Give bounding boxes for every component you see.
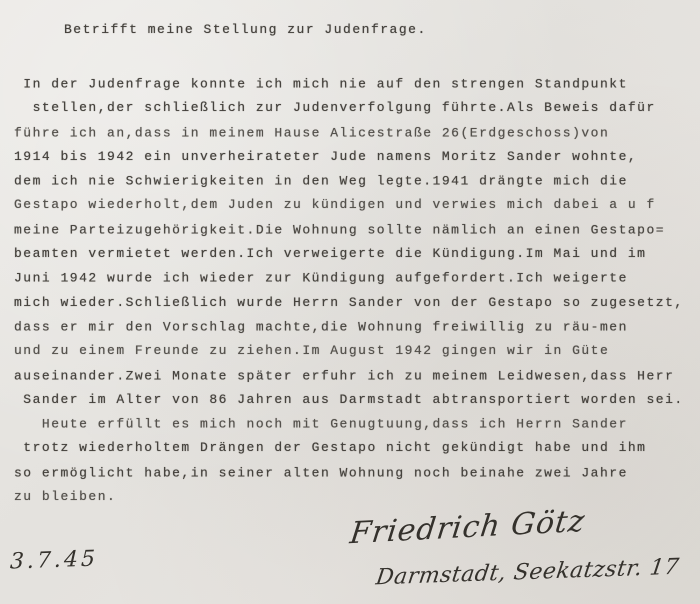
handwritten-address: Darmstadt, Seekatzstr. 17	[374, 555, 680, 591]
typed-line: Sander im Alter von 86 Jahren aus Darmst…	[14, 388, 694, 412]
typed-line: beamten vermietet werden.Ich verweigerte…	[14, 242, 694, 266]
scanned-letter-page: Betrifft meine Stellung zur Judenfrage. …	[0, 0, 700, 604]
typed-line: In der Judenfrage konnte ich mich nie au…	[14, 72, 694, 96]
typed-line: führe ich an,dass in meinem Hause Alices…	[14, 121, 694, 145]
typed-line: Juni 1942 wurde ich wieder zur Kündigung…	[14, 267, 694, 291]
typed-line: Heute erfüllt es mich noch mit Genugtuun…	[14, 413, 694, 437]
typed-line: zu bleiben.	[14, 485, 694, 509]
typed-line: meine Parteizugehörigkeit.Die Wohnung so…	[14, 218, 694, 242]
subject-line: Betrifft meine Stellung zur Judenfrage.	[64, 22, 427, 37]
typed-line: trotz wiederholtem Drängen der Gestapo n…	[14, 436, 694, 460]
typed-line: 1914 bis 1942 ein unverheirateter Jude n…	[14, 145, 694, 169]
letter-body: In der Judenfrage konnte ich mich nie au…	[14, 72, 694, 509]
typed-line: auseinander.Zwei Monate später erfuhr ic…	[14, 364, 694, 388]
typed-line: und zu einem Freunde zu ziehen.Im August…	[14, 339, 694, 363]
typed-line: mich wieder.Schließlich wurde Herrn Sand…	[14, 291, 694, 315]
typed-line: so ermöglicht habe,in seiner alten Wohnu…	[14, 461, 694, 485]
typed-line: Gestapo wiederholt,dem Juden zu kündigen…	[14, 193, 694, 217]
typed-line: dass er mir den Vorschlag machte,die Woh…	[14, 315, 694, 339]
typed-line: stellen,der schließlich zur Judenverfolg…	[14, 96, 694, 120]
typed-line: dem ich nie Schwierigkeiten in den Weg l…	[14, 170, 694, 194]
handwritten-signature: Friedrich Götz	[348, 504, 587, 552]
handwritten-date: 3.7.45	[10, 546, 99, 574]
